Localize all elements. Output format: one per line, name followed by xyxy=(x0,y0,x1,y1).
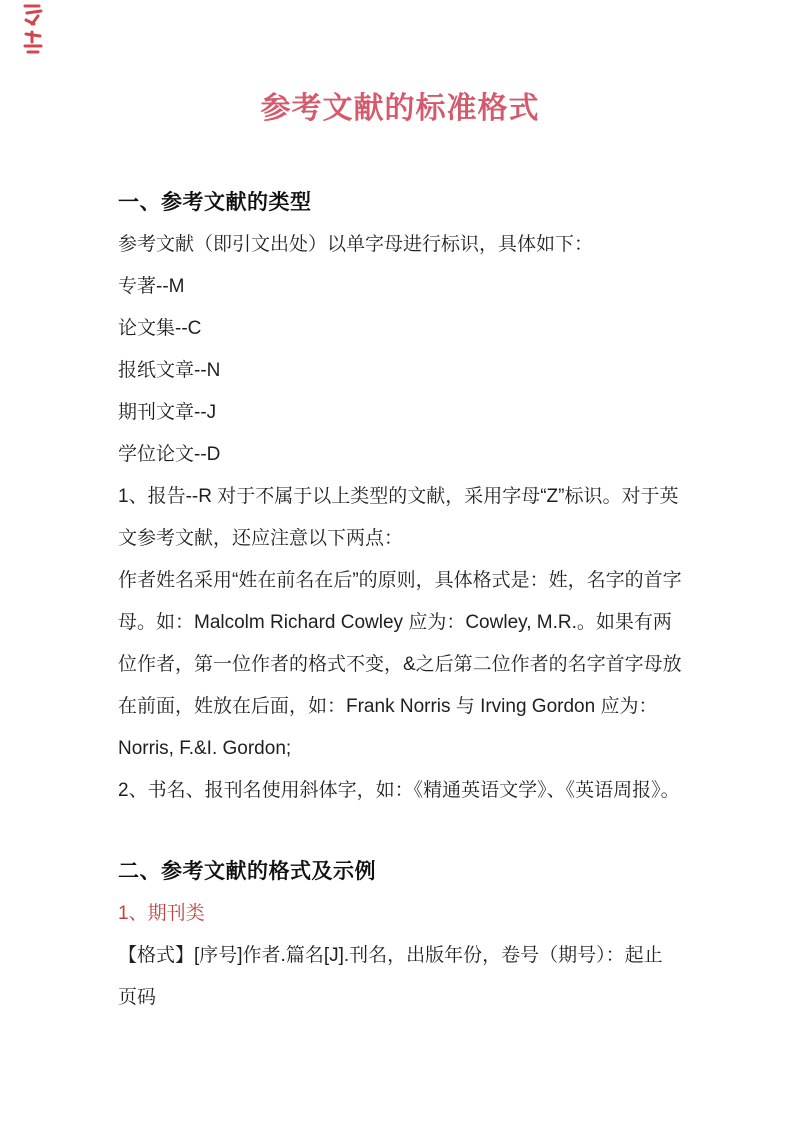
note-line: Norris, F.&I. Gordon; xyxy=(118,728,690,770)
note-line: 位作者，第一位作者的格式不变，&之后第二位作者的名字首字母放 xyxy=(118,644,690,686)
format-line: 【格式】[序号]作者.篇名[J].刊名，出版年份，卷号（期号）：起止 xyxy=(118,935,690,977)
corner-stamp-fragment-icon xyxy=(22,2,44,27)
type-item-thesis: 学位论文--D xyxy=(118,434,690,476)
type-item-journal: 期刊文章--J xyxy=(118,392,690,434)
corner-stamp-fragment-icon xyxy=(22,30,44,55)
section1-intro: 参考文献（即引文出处）以单字母进行标识，具体如下： xyxy=(118,224,690,266)
document-body: 一、参考文献的类型 参考文献（即引文出处）以单字母进行标识，具体如下： 专著--… xyxy=(118,182,690,1019)
page-title: 参考文献的标准格式 xyxy=(0,88,800,130)
note-line: 文参考文献，还应注意以下两点： xyxy=(118,518,690,560)
note-line: 1、报告--R 对于不属于以上类型的文献，采用字母“Z”标识。对于英 xyxy=(118,476,690,518)
section1-heading: 一、参考文献的类型 xyxy=(118,182,690,224)
type-item-monograph: 专著--M xyxy=(118,266,690,308)
note-line: 作者姓名采用“姓在前名在后”的原则，具体格式是：姓，名字的首字 xyxy=(118,560,690,602)
subsection-journal-heading: 1、期刊类 xyxy=(118,893,690,935)
note-line: 在前面，姓放在后面，如：Frank Norris 与 Irving Gordon… xyxy=(118,686,690,728)
section2-heading: 二、参考文献的格式及示例 xyxy=(118,851,690,893)
corner-stamp-marks xyxy=(22,2,46,58)
type-item-newspaper: 报纸文章--N xyxy=(118,350,690,392)
format-line: 页码 xyxy=(118,977,690,1019)
document-page: 参考文献的标准格式 一、参考文献的类型 参考文献（即引文出处）以单字母进行标识，… xyxy=(0,0,800,1131)
note-line: 母。如：Malcolm Richard Cowley 应为：Cowley, M.… xyxy=(118,602,690,644)
note-line: 2、书名、报刊名使用斜体字，如：《精通英语文学》、《英语周报》。 xyxy=(118,770,690,812)
type-item-collection: 论文集--C xyxy=(118,308,690,350)
